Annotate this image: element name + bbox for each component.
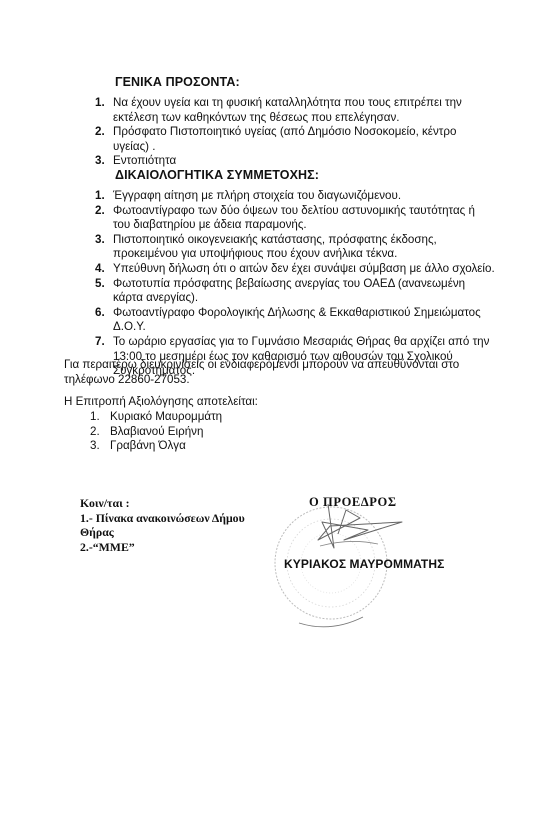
committee-list: 1.Κυριακό Μαυρομμάτη 2.Βλαβιανού Ειρήνη … [90,410,222,454]
participation-documents-list: 1.Έγγραφη αίτηση με πλήρη στοιχεία του δ… [95,189,495,379]
general-qualifications-list: 1.Να έχουν υγεία και τη φυσική καταλληλό… [95,96,495,169]
participation-documents-heading: ΔΙΚΑΙΟΛΟΓΗΤΙΚΑ ΣΥΜΜΕΤΟΧΗΣ: [115,168,319,182]
contact-paragraph: Για περαιτέρω διευκρινίσεις οι ενδιαφερό… [64,358,484,387]
list-item: 1.Κυριακό Μαυρομμάτη [90,410,222,425]
distribution-line: Θήρας [80,525,245,540]
list-item: 4.Υπεύθυνη δήλωση ότι ο αιτών δεν έχει σ… [95,262,495,277]
list-item: 3.Εντοπιότητα [95,154,495,169]
president-name: ΚΥΡΙΑΚΟΣ ΜΑΥΡΟΜΜΑΤΗΣ [284,557,444,571]
committee-intro: Η Επιτροπή Αξιολόγησης αποτελείται: [64,395,484,410]
list-item: 1.Να έχουν υγεία και τη φυσική καταλληλό… [95,96,495,125]
list-item: 5.Φωτοτυπία πρόσφατης βεβαίωσης ανεργίας… [95,277,495,306]
list-item: 2.Φωτοαντίγραφο των δύο όψεων του δελτίο… [95,204,495,233]
president-title: Ο ΠΡΟΕΔΡΟΣ [309,495,397,510]
general-qualifications-heading: ΓΕΝΙΚΑ ΠΡΟΣΟΝΤΑ: [115,75,240,89]
distribution-line: 1.- Πίνακα ανακοινώσεων Δήμου [80,511,245,526]
distribution-label: Κοιν/ται : [80,496,245,511]
distribution-block: Κοιν/ται : 1.- Πίνακα ανακοινώσεων Δήμου… [80,496,245,554]
list-item: 6.Φωτοαντίγραφο Φορολογικής Δήλωσης & Εκ… [95,306,495,335]
distribution-line: 2.-“ΜΜΕ” [80,540,245,555]
list-item: 2.Πρόσφατο Πιστοποιητικό υγείας (από Δημ… [95,125,495,154]
list-item: 1.Έγγραφη αίτηση με πλήρη στοιχεία του δ… [95,189,495,204]
list-item: 3.Πιστοποιητικό οικογενειακής κατάστασης… [95,233,495,262]
list-item: 3.Γραβάνη Όλγα [90,439,222,454]
list-item: 2.Βλαβιανού Ειρήνη [90,425,222,440]
